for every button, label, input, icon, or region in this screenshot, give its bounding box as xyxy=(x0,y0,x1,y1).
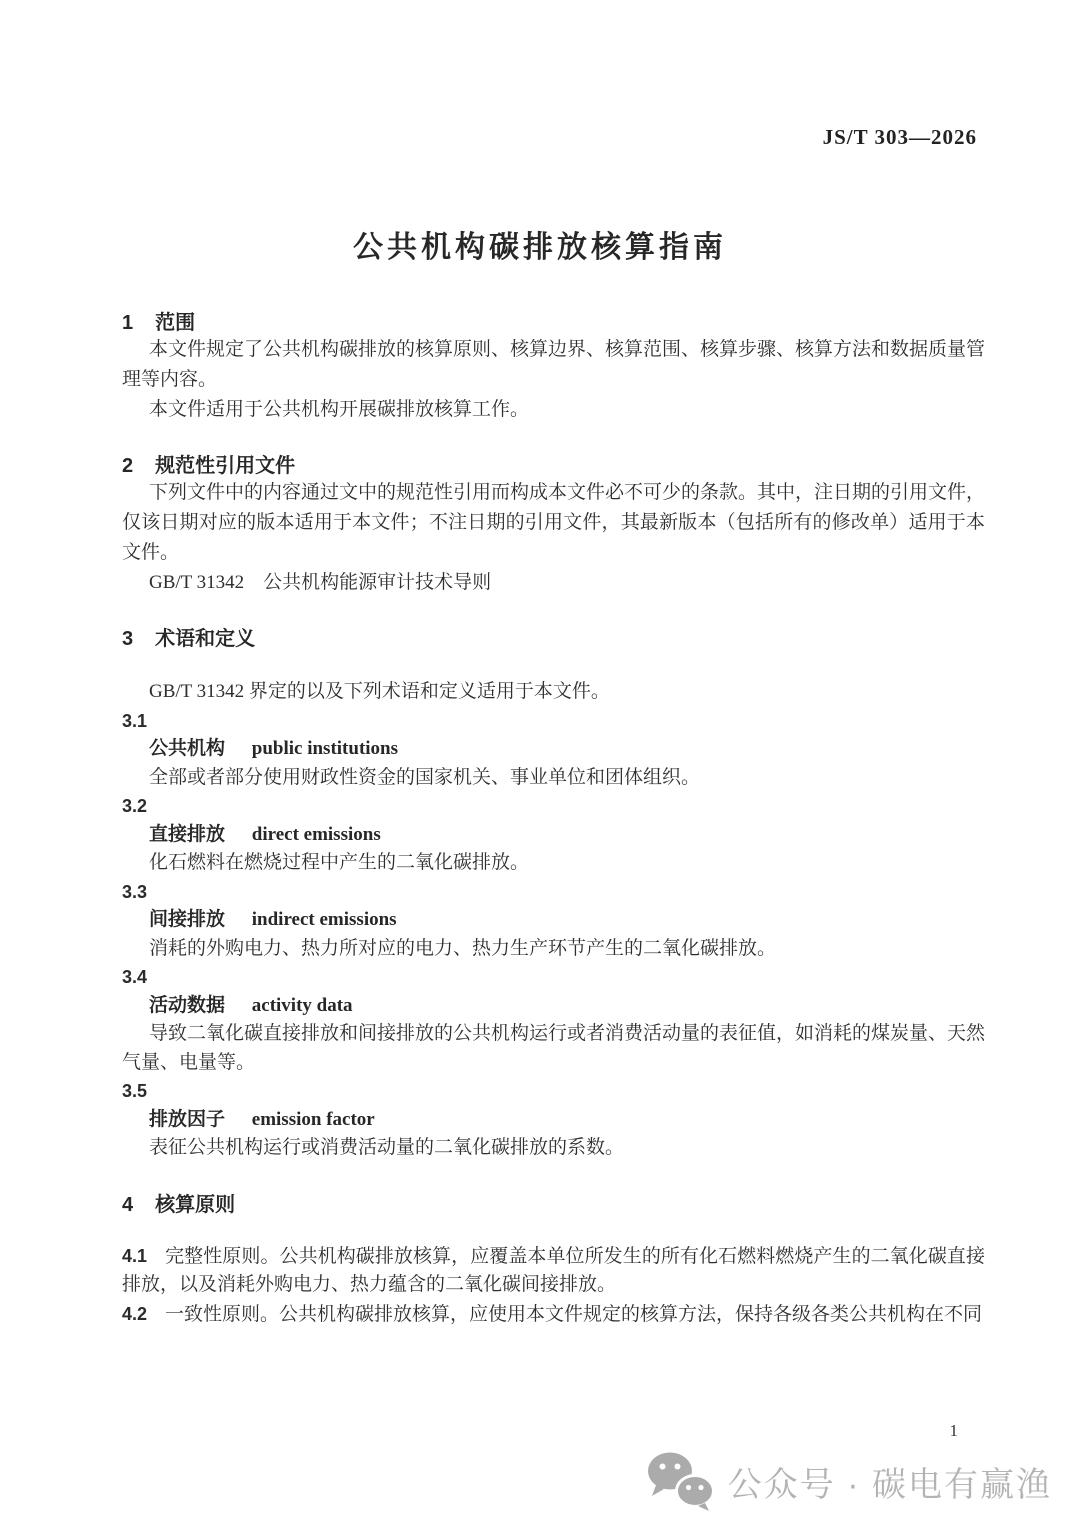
term-heading: 活动数据 activity data xyxy=(122,992,985,1021)
term-heading: 公共机构 public institutions xyxy=(122,735,985,764)
term-definition: 全部或者部分使用财政性资金的国家机关、事业单位和团体组织。 xyxy=(122,764,985,793)
term-heading: 排放因子 emission factor xyxy=(122,1106,985,1135)
section-4-number: 4 xyxy=(122,1193,133,1217)
term-definition: 导致二氧化碳直接排放和间接排放的公共机构运行或者消费活动量的表征值，如消耗的煤炭… xyxy=(122,1020,985,1077)
term-heading: 间接排放 indirect emissions xyxy=(122,906,985,935)
section-2-title: 规范性引用文件 xyxy=(155,454,295,478)
term-zh: 活动数据 xyxy=(149,995,225,1016)
section-1-title: 范围 xyxy=(155,311,195,335)
term-en: activity data xyxy=(252,995,353,1016)
term-en: public institutions xyxy=(252,738,398,759)
watermark: 公众号 · 碳电有赢渔 xyxy=(646,1450,1052,1512)
section-1-heading: 1 范围 xyxy=(122,311,985,335)
term-number: 3.2 xyxy=(122,792,985,821)
clause-number: 4.1 xyxy=(122,1246,147,1266)
term-zh: 排放因子 xyxy=(149,1109,225,1130)
section-4-title: 核算原则 xyxy=(155,1193,235,1217)
term-heading: 直接排放 direct emissions xyxy=(122,821,985,850)
clause-text: 一致性原则。公共机构碳排放核算，应使用本文件规定的核算方法，保持各级各类公共机构… xyxy=(165,1304,982,1325)
clause-4-1: 4.1完整性原则。公共机构碳排放核算，应覆盖本单位所发生的所有化石燃料燃烧产生的… xyxy=(122,1242,985,1300)
term-zh: 间接排放 xyxy=(149,909,225,930)
term-number: 3.1 xyxy=(122,707,985,736)
term-definition: 化石燃料在燃烧过程中产生的二氧化碳排放。 xyxy=(122,849,985,878)
section-1-paragraph-2: 本文件适用于公共机构开展碳排放核算工作。 xyxy=(122,395,985,425)
section-3-intro: GB/T 31342 界定的以及下列术语和定义适用于本文件。 xyxy=(122,678,985,707)
section-4-heading: 4 核算原则 xyxy=(122,1193,985,1217)
section-3-heading: 3 术语和定义 xyxy=(122,627,985,651)
term-zh: 直接排放 xyxy=(149,824,225,845)
watermark-text: 公众号 · 碳电有赢渔 xyxy=(728,1457,1052,1506)
clause-number: 4.2 xyxy=(122,1304,147,1324)
section-2-reference: GB/T 31342 公共机构能源审计技术导则 xyxy=(122,568,985,598)
term-number: 3.5 xyxy=(122,1077,985,1106)
wechat-icon xyxy=(646,1450,716,1512)
term-zh: 公共机构 xyxy=(149,738,225,759)
term-number: 3.4 xyxy=(122,963,985,992)
term-en: indirect emissions xyxy=(252,909,397,930)
section-3-title: 术语和定义 xyxy=(155,627,255,651)
term-number: 3.3 xyxy=(122,878,985,907)
section-2-heading: 2 规范性引用文件 xyxy=(122,454,985,478)
section-3-number: 3 xyxy=(122,627,133,651)
term-en: direct emissions xyxy=(252,824,381,845)
document-page: JS/T 303—2026 公共机构碳排放核算指南 1 范围 本文件规定了公共机… xyxy=(0,0,1080,1527)
section-1-number: 1 xyxy=(122,311,133,335)
principles-list: 4.1完整性原则。公共机构碳排放核算，应覆盖本单位所发生的所有化石燃料燃烧产生的… xyxy=(122,1242,985,1330)
section-1-paragraph-1: 本文件规定了公共机构碳排放的核算原则、核算边界、核算范围、核算步骤、核算方法和数… xyxy=(122,335,985,395)
term-en: emission factor xyxy=(252,1109,375,1130)
section-2-paragraph-1: 下列文件中的内容通过文中的规范性引用而构成本文件必不可少的条款。其中，注日期的引… xyxy=(122,478,985,568)
terms-list: GB/T 31342 界定的以及下列术语和定义适用于本文件。 3.1 公共机构 … xyxy=(122,678,985,1163)
term-definition: 表征公共机构运行或消费活动量的二氧化碳排放的系数。 xyxy=(122,1134,985,1163)
clause-text: 完整性原则。公共机构碳排放核算，应覆盖本单位所发生的所有化石燃料燃烧产生的二氧化… xyxy=(122,1246,985,1296)
page-number: 1 xyxy=(950,1421,959,1441)
clause-4-2: 4.2一致性原则。公共机构碳排放核算，应使用本文件规定的核算方法，保持各级各类公… xyxy=(122,1300,985,1330)
section-2-number: 2 xyxy=(122,454,133,478)
document-body: 1 范围 本文件规定了公共机构碳排放的核算原则、核算边界、核算范围、核算步骤、核… xyxy=(122,0,985,1329)
term-definition: 消耗的外购电力、热力所对应的电力、热力生产环节产生的二氧化碳排放。 xyxy=(122,935,985,964)
